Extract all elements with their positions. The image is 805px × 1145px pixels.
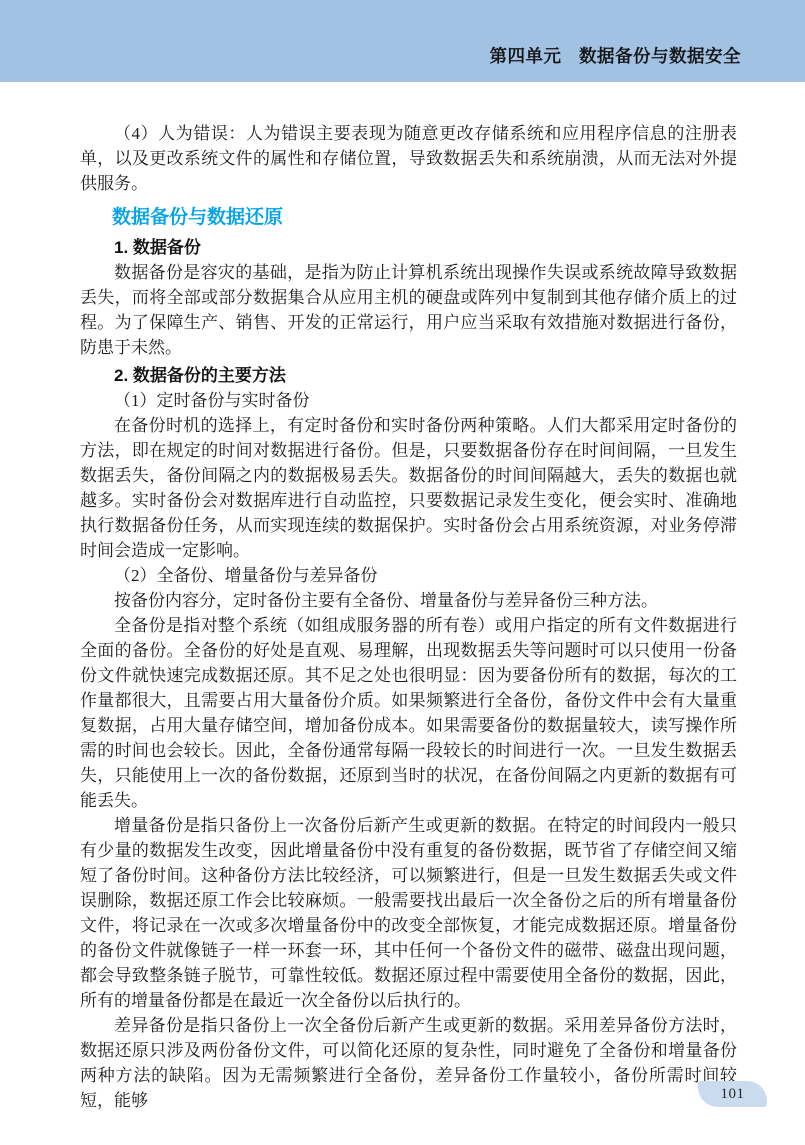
- page-number: 101: [721, 1086, 745, 1103]
- section-heading-backup-restore: 数据备份与数据还原: [80, 204, 737, 231]
- para-differential-backup: 差异备份是指只备份上一次全备份后新产生或更新的数据。采用差异备份方法时，数据还原…: [80, 1013, 737, 1113]
- heading-1-data-backup: 1. 数据备份: [80, 235, 737, 260]
- page-content: （4）人为错误：人为错误主要表现为随意更改存储系统和应用程序信息的注册表单，以及…: [0, 82, 805, 1113]
- heading-2-backup-methods: 2. 数据备份的主要方法: [80, 363, 737, 388]
- para-full-backup: 全备份是指对整个系统（如组成服务器的所有卷）或用户指定的所有文件数据进行全面的备…: [80, 613, 737, 813]
- subheading-scheduled-vs-realtime: （1）定时备份与实时备份: [80, 388, 737, 413]
- para-human-error: （4）人为错误：人为错误主要表现为随意更改存储系统和应用程序信息的注册表单，以及…: [80, 121, 737, 196]
- para-incremental-backup: 增量备份是指只备份上一次备份后新产生或更新的数据。在特定的时间段内一般只有少量的…: [80, 813, 737, 1013]
- chapter-unit-label: 第四单元: [490, 46, 562, 66]
- chapter-title: 第四单元数据备份与数据安全: [490, 43, 742, 68]
- para-backup-content-types: 按备份内容分，定时备份主要有全备份、增量备份与差异备份三种方法。: [80, 588, 737, 613]
- book-page: { "header": { "unit_label": "第四单元", "tit…: [0, 0, 805, 1145]
- para-backup-definition: 数据备份是容灾的基础，是指为防止计算机系统出现操作失误或系统故障导致数据丢失，而…: [80, 260, 737, 360]
- page-number-badge: 101: [698, 1081, 767, 1107]
- chapter-header-band: 第四单元数据备份与数据安全: [0, 0, 805, 82]
- chapter-title-text: 数据备份与数据安全: [579, 46, 741, 66]
- para-backup-timing: 在备份时机的选择上，有定时备份和实时备份两种策略。人们大都采用定时备份的方法，即…: [80, 413, 737, 563]
- subheading-full-incremental-differential: （2）全备份、增量备份与差异备份: [80, 563, 737, 588]
